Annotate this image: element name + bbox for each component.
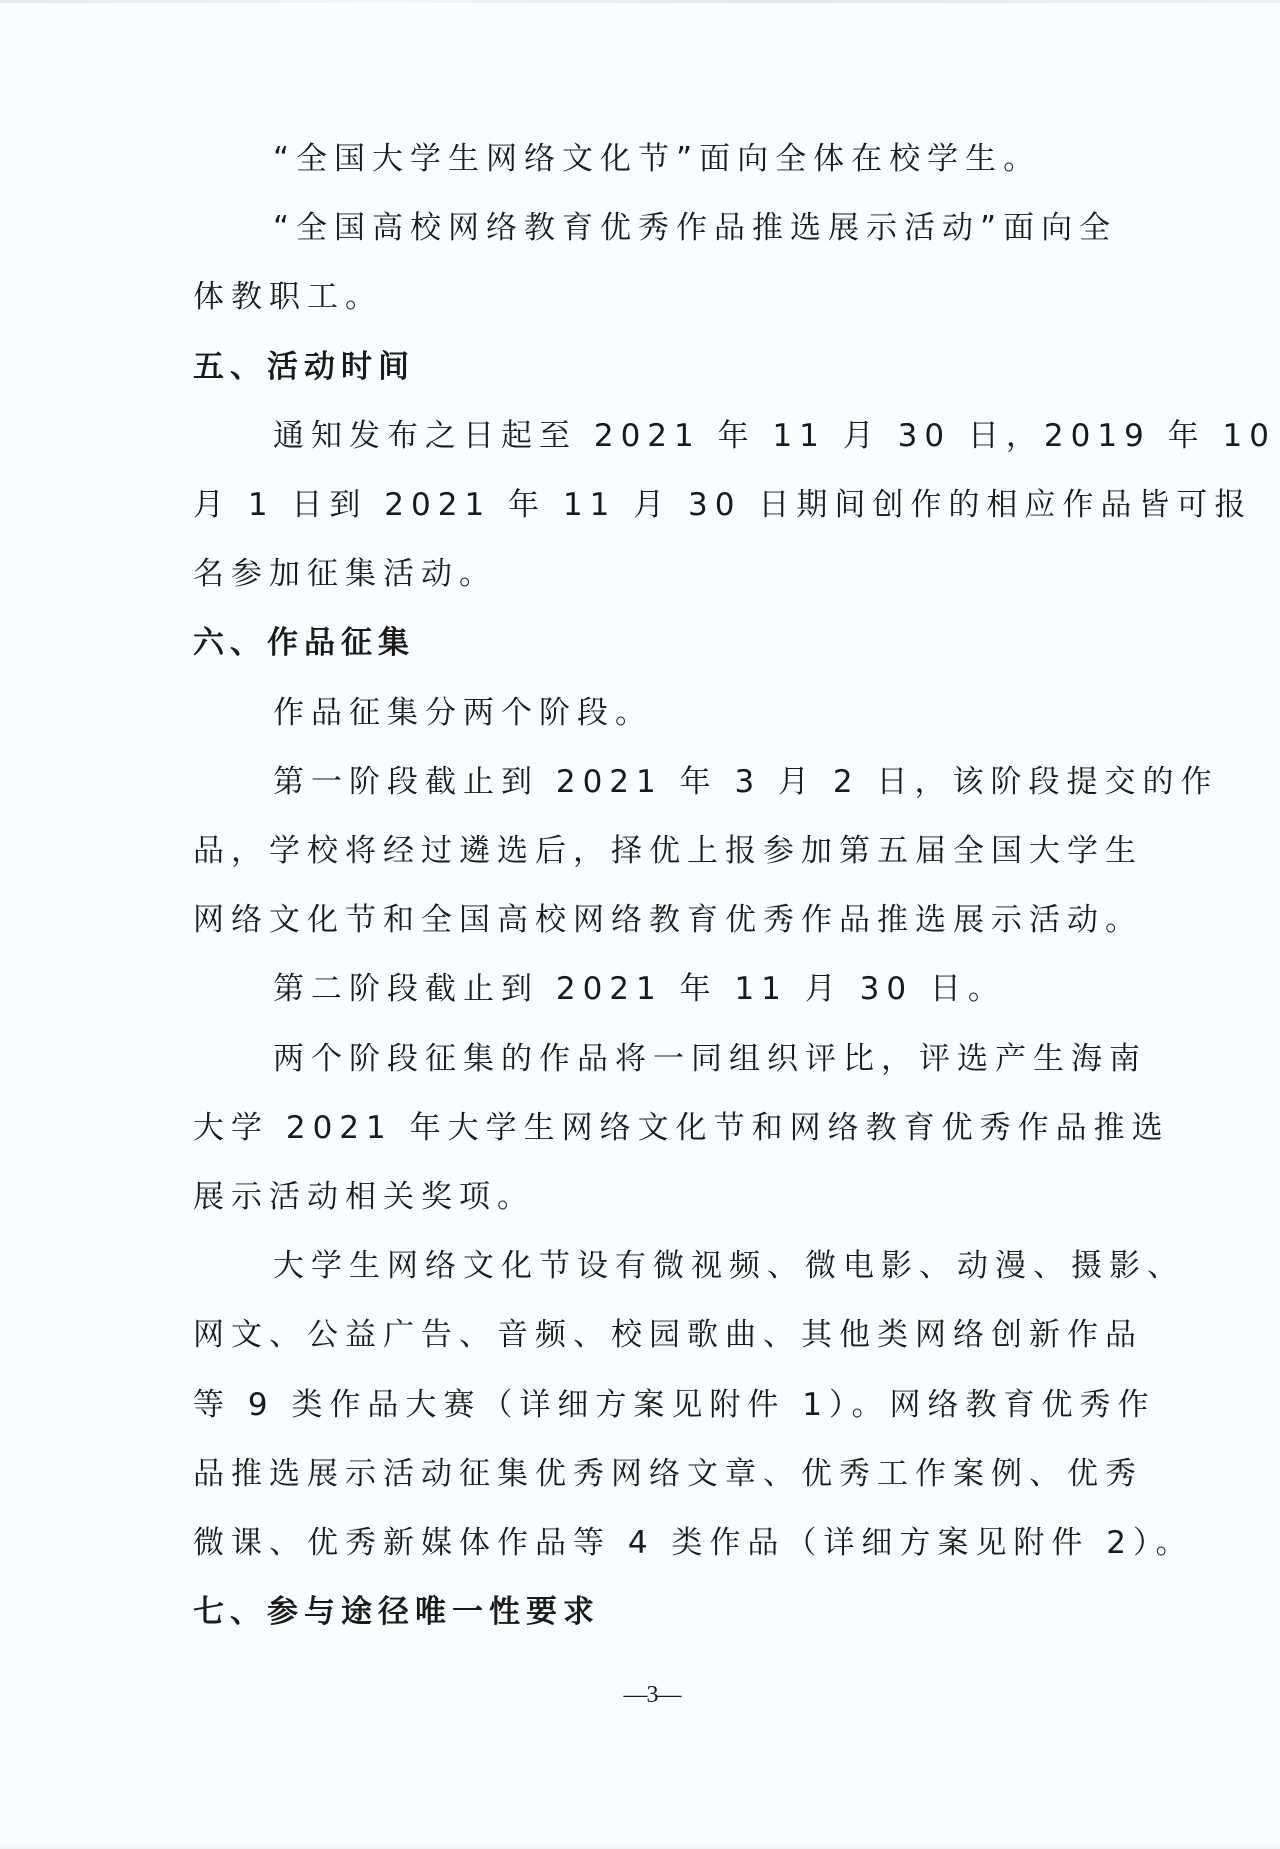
section-heading-activity-time: 五、活动时间 xyxy=(193,345,1098,389)
paragraph-line: 网文、公益广告、音频、校园歌曲、其他类网络创新作品 xyxy=(193,1313,1098,1357)
page-number: —3— xyxy=(600,1680,704,1710)
scan-edge-bottom xyxy=(0,1843,1280,1849)
paragraph-line: 网络文化节和全国高校网络教育优秀作品推选展示活动。 xyxy=(193,898,1098,942)
paragraph-line: 体教职工。 xyxy=(193,275,1098,319)
paragraph-line: 品，学校将经过遴选后，择优上报参加第五届全国大学生 xyxy=(193,829,1098,873)
paragraph-line: 第二阶段截止到 2021 年 11 月 30 日。 xyxy=(273,967,1098,1011)
paragraph-line: 月 1 日到 2021 年 11 月 30 日期间创作的相应作品皆可报 xyxy=(193,483,1098,527)
section-heading-work-collection: 六、作品征集 xyxy=(193,621,1098,665)
paragraph-line: 微课、优秀新媒体作品等 4 类作品（详细方案见附件 2）。 xyxy=(193,1521,1098,1565)
paragraph-line: 通知发布之日起至 2021 年 11 月 30 日，2019 年 10 xyxy=(273,414,1098,458)
paragraph-line: 大学 2021 年大学生网络文化节和网络教育优秀作品推选 xyxy=(193,1106,1098,1150)
document-page: “全国大学生网络文化节”面向全体在校学生。 “全国高校网络教育优秀作品推选展示活… xyxy=(0,0,1280,1849)
paragraph-line: “全国大学生网络文化节”面向全体在校学生。 xyxy=(273,137,1098,181)
paragraph-line: “全国高校网络教育优秀作品推选展示活动”面向全 xyxy=(273,206,1098,250)
paragraph-line: 大学生网络文化节设有微视频、微电影、动漫、摄影、 xyxy=(273,1244,1098,1288)
paragraph-line: 第一阶段截止到 2021 年 3 月 2 日，该阶段提交的作 xyxy=(273,760,1098,804)
paragraph-line: 品推选展示活动征集优秀网络文章、优秀工作案例、优秀 xyxy=(193,1452,1098,1496)
paragraph-line: 等 9 类作品大赛（详细方案见附件 1）。网络教育优秀作 xyxy=(193,1383,1098,1427)
paragraph-line: 展示活动相关奖项。 xyxy=(193,1175,1098,1219)
paragraph-line: 名参加征集活动。 xyxy=(193,552,1098,596)
paragraph-line: 作品征集分两个阶段。 xyxy=(273,691,1098,735)
section-heading-participation-uniqueness: 七、参与途径唯一性要求 xyxy=(193,1590,1098,1634)
paragraph-line: 两个阶段征集的作品将一同组织评比，评选产生海南 xyxy=(273,1037,1098,1081)
